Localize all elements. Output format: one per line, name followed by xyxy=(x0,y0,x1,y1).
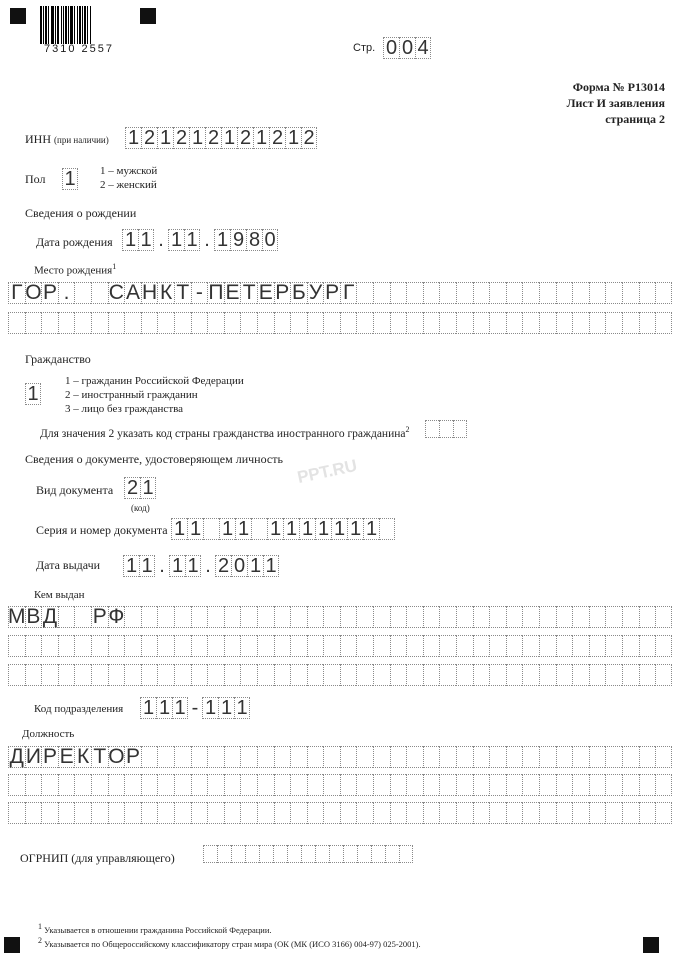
birth-place-cell[interactable] xyxy=(373,282,390,304)
page-number-cell[interactable]: 4 xyxy=(415,37,431,59)
page-number-field[interactable]: 004 xyxy=(383,37,431,59)
issued-by-cell[interactable] xyxy=(290,635,307,657)
position-cell[interactable] xyxy=(91,774,108,796)
position-cell[interactable] xyxy=(356,802,373,824)
issued-by-cell[interactable] xyxy=(356,664,373,686)
birth-place-cell[interactable] xyxy=(506,312,523,334)
inn-cell[interactable]: 1 xyxy=(253,127,269,149)
form-cell[interactable]: 1 xyxy=(184,229,200,251)
position-cell[interactable] xyxy=(390,774,407,796)
position-cell[interactable] xyxy=(423,746,440,768)
issued-by-cell[interactable] xyxy=(539,606,556,628)
issued-by-cell[interactable] xyxy=(41,635,58,657)
ogrnip-cell[interactable] xyxy=(357,845,371,863)
position-cell[interactable] xyxy=(174,802,191,824)
birth-place-cell[interactable] xyxy=(423,282,440,304)
issued-by-cell[interactable] xyxy=(390,664,407,686)
country-code-field[interactable] xyxy=(425,420,467,438)
position-cell[interactable] xyxy=(124,802,141,824)
issued-by-cell[interactable] xyxy=(157,606,174,628)
issued-by-cell[interactable] xyxy=(373,635,390,657)
issued-by-cell[interactable] xyxy=(489,635,506,657)
birth-place-cell[interactable] xyxy=(307,312,324,334)
issued-by-cell[interactable] xyxy=(257,664,274,686)
birth-place-cell[interactable]: К xyxy=(157,282,174,304)
position-cell[interactable] xyxy=(290,774,307,796)
birth-place-line-1[interactable]: ГОР. САНКТ-ПЕТЕРБУРГ xyxy=(8,282,672,304)
position-cell[interactable] xyxy=(240,774,257,796)
issued-by-cell[interactable] xyxy=(589,664,606,686)
position-cell[interactable] xyxy=(274,774,291,796)
inn-cell[interactable]: 1 xyxy=(157,127,173,149)
birth-place-cell[interactable] xyxy=(174,312,191,334)
issued-by-cell[interactable] xyxy=(274,664,291,686)
birth-place-cell[interactable] xyxy=(456,282,473,304)
birth-place-cell[interactable] xyxy=(224,312,241,334)
position-cell[interactable] xyxy=(8,802,25,824)
position-cell[interactable] xyxy=(572,746,589,768)
birth-place-cell[interactable] xyxy=(8,312,25,334)
position-cell[interactable]: И xyxy=(25,746,42,768)
birth-place-cell[interactable] xyxy=(406,312,423,334)
issued-by-cell[interactable] xyxy=(224,664,241,686)
issued-by-cell[interactable] xyxy=(108,664,125,686)
birth-place-cell[interactable] xyxy=(439,312,456,334)
series-number-cell[interactable]: 1 xyxy=(267,518,283,540)
position-cell[interactable] xyxy=(25,802,42,824)
issued-by-cell[interactable] xyxy=(473,606,490,628)
issued-by-cell[interactable] xyxy=(589,635,606,657)
birth-place-cell[interactable]: Н xyxy=(141,282,158,304)
position-cell[interactable] xyxy=(589,802,606,824)
issued-by-cell[interactable] xyxy=(506,664,523,686)
position-cell[interactable] xyxy=(356,774,373,796)
birth-place-cell[interactable] xyxy=(274,312,291,334)
form-cell[interactable]: 1 xyxy=(138,229,154,251)
issued-by-cell[interactable] xyxy=(25,635,42,657)
gender-cell[interactable]: 1 xyxy=(62,168,78,190)
ogrnip-cell[interactable] xyxy=(273,845,287,863)
position-cell[interactable] xyxy=(406,746,423,768)
birth-place-cell[interactable] xyxy=(124,312,141,334)
issued-by-cell[interactable] xyxy=(274,606,291,628)
birth-place-cell[interactable] xyxy=(390,282,407,304)
position-cell[interactable] xyxy=(539,746,556,768)
issued-by-cell[interactable] xyxy=(307,606,324,628)
issued-by-cell[interactable] xyxy=(406,606,423,628)
inn-cell[interactable]: 2 xyxy=(237,127,253,149)
position-cell[interactable] xyxy=(522,774,539,796)
series-number-cell[interactable]: 1 xyxy=(363,518,379,540)
ogrnip-cell[interactable] xyxy=(301,845,315,863)
series-number-cell[interactable]: 1 xyxy=(283,518,299,540)
position-cell[interactable] xyxy=(373,746,390,768)
form-cell[interactable]: 0 xyxy=(231,555,247,577)
birth-place-cell[interactable] xyxy=(473,312,490,334)
issued-by-cell[interactable] xyxy=(257,635,274,657)
issued-by-cell[interactable] xyxy=(307,664,324,686)
position-cell[interactable] xyxy=(489,802,506,824)
issued-by-cell[interactable] xyxy=(605,664,622,686)
ogrnip-cell[interactable] xyxy=(217,845,231,863)
series-number-cell[interactable]: 1 xyxy=(235,518,251,540)
issued-by-cell[interactable] xyxy=(539,635,556,657)
issued-by-cell[interactable] xyxy=(639,664,656,686)
position-cell[interactable] xyxy=(91,802,108,824)
issued-by-line-2[interactable] xyxy=(8,635,672,657)
issued-by-cell[interactable] xyxy=(605,606,622,628)
position-cell[interactable] xyxy=(323,746,340,768)
issued-by-cell[interactable] xyxy=(423,635,440,657)
birth-place-cell[interactable] xyxy=(539,282,556,304)
form-cell[interactable]: 1 xyxy=(140,697,156,719)
issued-by-cell[interactable]: Д xyxy=(41,606,58,628)
issued-by-cell[interactable] xyxy=(157,664,174,686)
position-cell[interactable] xyxy=(589,746,606,768)
issued-by-cell[interactable] xyxy=(240,664,257,686)
position-cell[interactable] xyxy=(257,802,274,824)
inn-cell[interactable]: 1 xyxy=(285,127,301,149)
position-cell[interactable] xyxy=(207,802,224,824)
birth-place-cell[interactable] xyxy=(91,282,108,304)
birth-place-cell[interactable] xyxy=(439,282,456,304)
issued-by-cell[interactable] xyxy=(58,635,75,657)
position-cell[interactable] xyxy=(423,802,440,824)
position-cell[interactable] xyxy=(224,774,241,796)
ogrnip-cell[interactable] xyxy=(231,845,245,863)
form-cell[interactable]: 1 xyxy=(172,697,188,719)
ogrnip-cell[interactable] xyxy=(343,845,357,863)
position-cell[interactable] xyxy=(257,746,274,768)
form-cell[interactable]: 1 xyxy=(169,555,185,577)
issued-by-cell[interactable]: Ф xyxy=(108,606,125,628)
issued-by-cell[interactable] xyxy=(522,664,539,686)
form-cell[interactable]: 1 xyxy=(234,697,250,719)
issued-by-cell[interactable] xyxy=(522,606,539,628)
country-code-cell[interactable] xyxy=(439,420,453,438)
position-cell[interactable] xyxy=(191,746,208,768)
position-cell[interactable] xyxy=(307,774,324,796)
position-cell[interactable] xyxy=(191,802,208,824)
birth-place-cell[interactable]: Р xyxy=(274,282,291,304)
issued-by-cell[interactable] xyxy=(207,606,224,628)
form-cell[interactable]: 1 xyxy=(168,229,184,251)
issued-by-cell[interactable] xyxy=(655,635,672,657)
position-cell[interactable] xyxy=(207,746,224,768)
form-cell[interactable]: 1 xyxy=(214,229,230,251)
form-cell[interactable]: 1 xyxy=(218,697,234,719)
position-cell[interactable] xyxy=(224,746,241,768)
issued-by-cell[interactable] xyxy=(390,635,407,657)
position-cell[interactable] xyxy=(439,802,456,824)
position-cell[interactable] xyxy=(655,774,672,796)
position-line-1[interactable]: ДИРЕКТОР xyxy=(8,746,672,768)
issued-by-cell[interactable] xyxy=(58,664,75,686)
form-cell[interactable]: 1 xyxy=(123,555,139,577)
issued-by-cell[interactable] xyxy=(307,635,324,657)
ogrnip-cell[interactable] xyxy=(259,845,273,863)
form-cell[interactable]: 1 xyxy=(247,555,263,577)
series-number-cell[interactable] xyxy=(251,518,267,540)
position-cell[interactable] xyxy=(605,802,622,824)
position-cell[interactable] xyxy=(240,802,257,824)
document-type-field[interactable]: 21 xyxy=(124,477,156,499)
issued-by-cell[interactable] xyxy=(290,606,307,628)
birth-place-cell[interactable] xyxy=(506,282,523,304)
issued-by-cell[interactable] xyxy=(74,664,91,686)
position-cell[interactable] xyxy=(191,774,208,796)
position-cell[interactable] xyxy=(489,774,506,796)
issued-by-cell[interactable] xyxy=(655,606,672,628)
position-cell[interactable] xyxy=(290,746,307,768)
issued-by-cell[interactable] xyxy=(572,664,589,686)
position-cell[interactable] xyxy=(41,802,58,824)
birth-place-cell[interactable] xyxy=(74,282,91,304)
position-cell[interactable] xyxy=(622,774,639,796)
birth-place-cell[interactable]: О xyxy=(25,282,42,304)
issued-by-cell[interactable] xyxy=(439,635,456,657)
position-cell[interactable] xyxy=(539,774,556,796)
issued-by-cell[interactable] xyxy=(522,635,539,657)
birth-place-cell[interactable] xyxy=(108,312,125,334)
position-cell[interactable] xyxy=(157,774,174,796)
page-number-cell[interactable]: 0 xyxy=(383,37,399,59)
position-cell[interactable] xyxy=(141,802,158,824)
inn-cell[interactable]: 2 xyxy=(173,127,189,149)
birth-place-cell[interactable] xyxy=(456,312,473,334)
issued-by-cell[interactable] xyxy=(141,635,158,657)
issued-by-cell[interactable] xyxy=(41,664,58,686)
position-cell[interactable] xyxy=(456,746,473,768)
issued-by-cell[interactable] xyxy=(406,635,423,657)
position-cell[interactable] xyxy=(423,774,440,796)
issued-by-cell[interactable] xyxy=(456,606,473,628)
position-cell[interactable]: К xyxy=(74,746,91,768)
birth-place-cell[interactable] xyxy=(622,282,639,304)
position-cell[interactable] xyxy=(406,774,423,796)
position-cell[interactable] xyxy=(240,746,257,768)
birth-place-cell[interactable] xyxy=(423,312,440,334)
position-cell[interactable] xyxy=(58,802,75,824)
birth-place-cell[interactable]: С xyxy=(108,282,125,304)
document-type-cell[interactable]: 2 xyxy=(124,477,140,499)
position-cell[interactable] xyxy=(340,746,357,768)
issued-by-cell[interactable] xyxy=(589,606,606,628)
issued-by-cell[interactable] xyxy=(539,664,556,686)
birth-place-cell[interactable] xyxy=(605,282,622,304)
position-line-2[interactable] xyxy=(8,774,672,796)
birth-place-cell[interactable] xyxy=(589,282,606,304)
inn-cell[interactable]: 2 xyxy=(205,127,221,149)
position-cell[interactable] xyxy=(307,746,324,768)
issued-by-cell[interactable] xyxy=(257,606,274,628)
document-type-cell[interactable]: 1 xyxy=(140,477,156,499)
series-number-cell[interactable]: 1 xyxy=(171,518,187,540)
form-cell[interactable]: 9 xyxy=(230,229,246,251)
issued-by-cell[interactable] xyxy=(605,635,622,657)
position-line-3[interactable] xyxy=(8,802,672,824)
position-cell[interactable] xyxy=(622,802,639,824)
issued-by-line-1[interactable]: МВД РФ xyxy=(8,606,672,628)
position-cell[interactable] xyxy=(572,774,589,796)
issued-by-cell[interactable] xyxy=(556,664,573,686)
issued-by-cell[interactable] xyxy=(74,635,91,657)
position-cell[interactable] xyxy=(406,802,423,824)
birth-place-cell[interactable] xyxy=(191,312,208,334)
birth-place-cell[interactable]: Б xyxy=(290,282,307,304)
birth-place-cell[interactable] xyxy=(639,312,656,334)
birth-place-cell[interactable] xyxy=(622,312,639,334)
form-cell[interactable]: 2 xyxy=(215,555,231,577)
position-cell[interactable] xyxy=(605,746,622,768)
position-cell[interactable] xyxy=(323,774,340,796)
issued-by-cell[interactable] xyxy=(290,664,307,686)
position-cell[interactable] xyxy=(58,774,75,796)
position-cell[interactable] xyxy=(655,746,672,768)
issued-by-cell[interactable] xyxy=(274,635,291,657)
issued-by-cell[interactable] xyxy=(224,606,241,628)
position-cell[interactable] xyxy=(274,802,291,824)
birth-place-cell[interactable] xyxy=(556,312,573,334)
ogrnip-cell[interactable] xyxy=(315,845,329,863)
position-cell[interactable] xyxy=(556,802,573,824)
position-cell[interactable] xyxy=(25,774,42,796)
issued-by-cell[interactable] xyxy=(356,635,373,657)
issued-by-cell[interactable] xyxy=(191,664,208,686)
position-cell[interactable]: Р xyxy=(41,746,58,768)
birth-place-cell[interactable]: . xyxy=(58,282,75,304)
issued-by-cell[interactable]: Р xyxy=(91,606,108,628)
birth-place-cell[interactable] xyxy=(257,312,274,334)
form-cell[interactable]: 1 xyxy=(263,555,279,577)
position-cell[interactable] xyxy=(522,802,539,824)
ogrnip-field[interactable] xyxy=(203,845,413,863)
position-cell[interactable] xyxy=(589,774,606,796)
issued-by-cell[interactable] xyxy=(8,635,25,657)
ogrnip-cell[interactable] xyxy=(385,845,399,863)
birth-place-cell[interactable] xyxy=(406,282,423,304)
issued-by-cell[interactable] xyxy=(191,635,208,657)
position-cell[interactable] xyxy=(274,746,291,768)
position-cell[interactable] xyxy=(473,746,490,768)
inn-cell[interactable]: 1 xyxy=(221,127,237,149)
issued-by-cell[interactable] xyxy=(91,664,108,686)
form-cell[interactable]: 1 xyxy=(122,229,138,251)
birth-place-cell[interactable] xyxy=(373,312,390,334)
issued-by-cell[interactable] xyxy=(622,635,639,657)
ogrnip-cell[interactable] xyxy=(203,845,217,863)
position-cell[interactable] xyxy=(556,774,573,796)
position-cell[interactable] xyxy=(373,774,390,796)
birth-place-cell[interactable] xyxy=(655,312,672,334)
issued-by-cell[interactable] xyxy=(74,606,91,628)
issued-by-cell[interactable] xyxy=(124,606,141,628)
birth-place-cell[interactable] xyxy=(589,312,606,334)
position-cell[interactable] xyxy=(74,774,91,796)
inn-cell[interactable]: 2 xyxy=(141,127,157,149)
issued-by-cell[interactable] xyxy=(191,606,208,628)
form-cell[interactable]: 1 xyxy=(139,555,155,577)
issued-by-cell[interactable] xyxy=(572,606,589,628)
series-number-cell[interactable]: 1 xyxy=(219,518,235,540)
issued-by-cell[interactable] xyxy=(207,664,224,686)
issued-by-cell[interactable] xyxy=(489,664,506,686)
series-number-cell[interactable] xyxy=(379,518,395,540)
series-number-cell[interactable] xyxy=(203,518,219,540)
issued-by-cell[interactable] xyxy=(91,635,108,657)
position-cell[interactable] xyxy=(340,802,357,824)
issued-by-cell[interactable] xyxy=(390,606,407,628)
position-cell[interactable] xyxy=(439,774,456,796)
ogrnip-cell[interactable] xyxy=(287,845,301,863)
inn-cell[interactable]: 2 xyxy=(301,127,317,149)
position-cell[interactable] xyxy=(506,746,523,768)
birth-place-cell[interactable] xyxy=(572,282,589,304)
birth-place-cell[interactable]: Т xyxy=(174,282,191,304)
birth-place-cell[interactable] xyxy=(473,282,490,304)
birth-place-cell[interactable] xyxy=(489,282,506,304)
position-cell[interactable]: Р xyxy=(124,746,141,768)
position-cell[interactable] xyxy=(390,746,407,768)
position-cell[interactable] xyxy=(572,802,589,824)
birth-place-cell[interactable]: Р xyxy=(323,282,340,304)
issued-by-cell[interactable] xyxy=(174,664,191,686)
birth-place-cell[interactable] xyxy=(522,312,539,334)
series-number-field[interactable]: 11 11 1111111 xyxy=(171,518,395,540)
birth-place-cell[interactable] xyxy=(240,312,257,334)
issued-by-line-3[interactable] xyxy=(8,664,672,686)
series-number-cell[interactable]: 1 xyxy=(315,518,331,540)
issued-by-cell[interactable] xyxy=(174,635,191,657)
form-cell[interactable]: 0 xyxy=(262,229,278,251)
issued-by-cell[interactable] xyxy=(473,664,490,686)
inn-field[interactable]: 121212121212 xyxy=(125,127,317,149)
issued-by-cell[interactable] xyxy=(489,606,506,628)
position-cell[interactable] xyxy=(605,774,622,796)
position-cell[interactable]: О xyxy=(108,746,125,768)
birth-place-cell[interactable]: Р xyxy=(41,282,58,304)
issued-by-cell[interactable] xyxy=(174,606,191,628)
position-cell[interactable] xyxy=(539,802,556,824)
birth-place-cell[interactable] xyxy=(489,312,506,334)
position-cell[interactable] xyxy=(390,802,407,824)
position-cell[interactable] xyxy=(639,746,656,768)
position-cell[interactable] xyxy=(622,746,639,768)
issued-by-cell[interactable] xyxy=(622,664,639,686)
birth-place-cell[interactable]: Г xyxy=(340,282,357,304)
position-cell[interactable]: Е xyxy=(58,746,75,768)
issued-by-cell[interactable] xyxy=(456,664,473,686)
position-cell[interactable] xyxy=(174,746,191,768)
inn-cell[interactable]: 1 xyxy=(125,127,141,149)
ogrnip-cell[interactable] xyxy=(329,845,343,863)
issued-by-cell[interactable] xyxy=(373,664,390,686)
country-code-cell[interactable] xyxy=(453,420,467,438)
issued-by-cell[interactable] xyxy=(207,635,224,657)
issued-by-cell[interactable] xyxy=(240,606,257,628)
issued-by-cell[interactable] xyxy=(473,635,490,657)
issued-by-cell[interactable] xyxy=(356,606,373,628)
position-cell[interactable] xyxy=(456,802,473,824)
position-cell[interactable] xyxy=(41,774,58,796)
issued-by-cell[interactable] xyxy=(556,635,573,657)
issued-by-cell[interactable] xyxy=(439,606,456,628)
position-cell[interactable] xyxy=(157,802,174,824)
issued-by-cell[interactable] xyxy=(423,606,440,628)
birth-place-cell[interactable]: У xyxy=(307,282,324,304)
form-cell[interactable]: 8 xyxy=(246,229,262,251)
position-cell[interactable] xyxy=(556,746,573,768)
